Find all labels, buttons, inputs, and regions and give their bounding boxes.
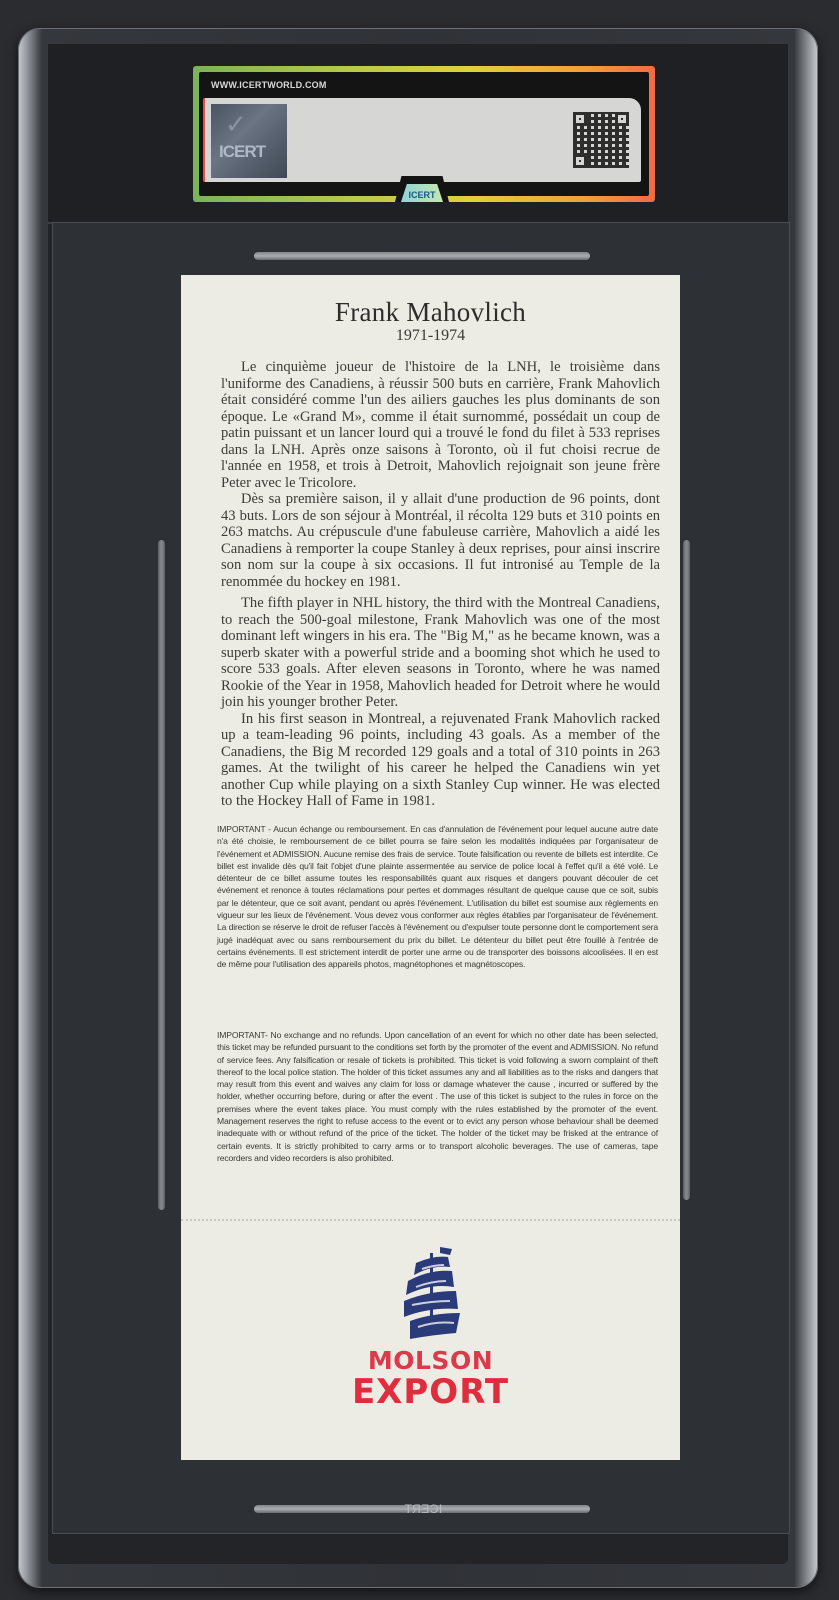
- hologram-icon: ✓ ICERT: [211, 104, 287, 178]
- icert-bottom-mark: ICERT: [404, 1502, 442, 1516]
- hologram-text: ICERT: [219, 142, 265, 162]
- bio-en-paragraph: The fifth player in NHL history, the thi…: [221, 595, 660, 711]
- qr-code-icon[interactable]: [573, 112, 629, 168]
- cert-info-field: ✓ ICERT: [203, 98, 641, 182]
- cert-url[interactable]: WWW.ICERTWORLD.COM: [211, 80, 327, 90]
- bio-english: The fifth player in NHL history, the thi…: [221, 595, 660, 810]
- sponsor-logo: MOLSON EXPORT: [181, 1243, 680, 1409]
- bio-fr-paragraph: Dès sa première saison, il y allait d'un…: [221, 491, 660, 590]
- sponsor-line2: EXPORT: [181, 1375, 680, 1409]
- legal-english: IMPORTANT- No exchange and no refunds. U…: [217, 1029, 658, 1164]
- bio-fr-paragraph: Le cinquième joueur de l'histoire de la …: [221, 359, 660, 491]
- checkmark-icon: ✓: [225, 110, 247, 140]
- icert-logo: ICERT: [401, 184, 443, 202]
- top-rail: [254, 252, 590, 260]
- legal-french: IMPORTANT - Aucun échange ou rembourseme…: [217, 823, 658, 971]
- bio-french: Le cinquième joueur de l'histoire de la …: [221, 359, 660, 590]
- perforation-line: [181, 1219, 680, 1221]
- certification-label: WWW.ICERTWORLD.COM ✓ ICERT ICERT: [193, 66, 655, 202]
- sailing-ship-icon: [396, 1243, 466, 1343]
- ticket: Frank Mahovlich 1971-1974 Le cinquième j…: [181, 275, 680, 1460]
- bio-en-paragraph: In his first season in Montreal, a rejuv…: [221, 711, 660, 810]
- right-rail: [683, 540, 690, 1200]
- left-rail: [158, 540, 165, 1210]
- sponsor-line1: MOLSON: [181, 1347, 680, 1375]
- player-years: 1971-1974: [181, 327, 680, 345]
- player-name: Frank Mahovlich: [181, 297, 680, 328]
